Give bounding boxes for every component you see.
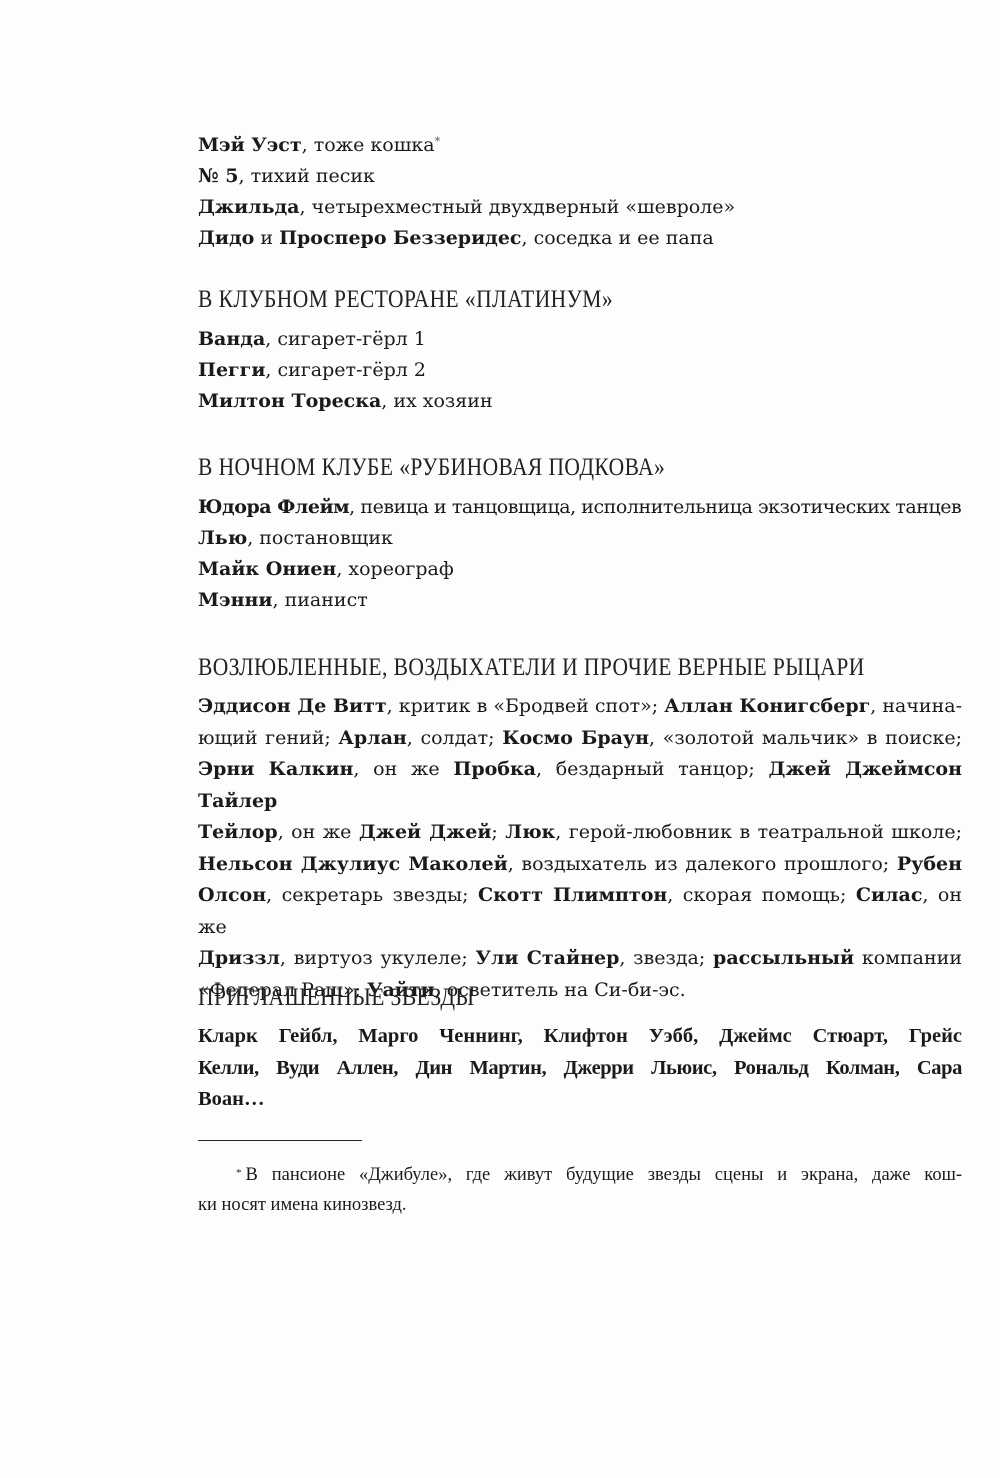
section-heading: В НОЧНОМ КЛУБЕ «РУБИНОВАЯ ПОДКОВА» xyxy=(198,453,855,483)
character-name: Эддисон Де Витт xyxy=(198,695,387,717)
character-desc: , соседка и ее папа xyxy=(521,227,713,249)
paragraph-line: Тейлор, он же Джей Джей; Люк, герой-любо… xyxy=(198,817,962,849)
character-name: Милтон Тореска xyxy=(198,390,381,412)
character-name: Майк Ониен xyxy=(198,558,336,580)
cast-entry: Мэй Уэст, тоже кошка* xyxy=(198,130,735,161)
section-platinum: В КЛУБНОМ РЕСТОРАНЕ «ПЛАТИНУМ» Ванда, си… xyxy=(198,285,962,417)
section-heading: ПРИГЛАШЕННЫЕ ЗВЕЗДЫ xyxy=(198,983,855,1013)
character-desc: , хореограф xyxy=(336,558,453,580)
character-desc: компании xyxy=(854,947,962,969)
character-name: Просперо Беззеридес xyxy=(279,227,521,249)
character-name: Тейлор xyxy=(198,821,278,843)
section-ruby-horseshoe: В НОЧНОМ КЛУБЕ «РУБИНОВАЯ ПОДКОВА» Юдора… xyxy=(198,453,962,616)
section-guest-stars: ПРИГЛАШЕННЫЕ ЗВЕЗДЫ Кларк Гейбл, Марго Ч… xyxy=(198,983,962,1116)
footnote: *В пансионе «Джибуле», где живут будущие… xyxy=(198,1160,962,1220)
cast-entry: Милтон Тореска, их хозяин xyxy=(198,386,962,417)
character-desc: , критик в «Бродвей спот»; xyxy=(387,695,665,717)
paragraph-line: Олсон, секретарь звезды; Скотт Плимптон,… xyxy=(198,880,962,943)
cast-entry: Джильда, четырехместный двухдверный «шев… xyxy=(198,192,735,223)
paragraph-line: ющий гений; Арлан, солдат; Космо Браун, … xyxy=(198,723,962,755)
character-name: Эрни Калкин xyxy=(198,758,353,780)
section-lovers-and-knights: ВОЗЛЮБЛЕННЫЕ, ВОЗДЫХАТЕЛИ И ПРОЧИЕ ВЕРНЫ… xyxy=(198,653,962,1006)
cast-entry: Ванда, сигарет-гёрл 1 xyxy=(198,324,962,355)
character-name: Лью xyxy=(198,527,247,549)
cast-entry: Майк Ониен, хореограф xyxy=(198,554,962,585)
character-name: Мэй Уэст xyxy=(198,134,302,156)
character-desc: , он же xyxy=(353,758,453,780)
cast-entry: Мэнни, пианист xyxy=(198,585,962,616)
character-desc: , постановщик xyxy=(247,527,393,549)
paragraph-line: Эддисон Де Витт, критик в «Бродвей спот»… xyxy=(198,691,962,723)
character-desc: , четырехместный двухдверный «шевроле» xyxy=(299,196,735,218)
character-desc: , «золотой мальчик» в поиске; xyxy=(649,727,962,749)
footnote-marker: * xyxy=(236,1167,242,1179)
character-name: Пробка xyxy=(453,758,536,780)
paragraph-line: Дриззл, виртуоз укулеле; Ули Стайнер, зв… xyxy=(198,943,962,975)
character-name: Аллан Конигсберг xyxy=(664,695,870,717)
character-desc: , начина- xyxy=(870,695,962,717)
character-desc: , звезда; xyxy=(619,947,713,969)
character-name: Олсон xyxy=(198,884,266,906)
section-heading: ВОЗЛЮБЛЕННЫЕ, ВОЗДЫХАТЕЛИ И ПРОЧИЕ ВЕРНЫ… xyxy=(198,653,855,683)
character-name: Ванда xyxy=(198,328,265,350)
guest-stars-line: Воан… xyxy=(198,1084,962,1116)
character-name: рассыльный xyxy=(713,947,854,969)
paragraph-line: Нельсон Джулиус Маколей, воздыхатель из … xyxy=(198,849,962,881)
intro-cast-list: Мэй Уэст, тоже кошка* № 5, тихий песик Д… xyxy=(198,130,735,254)
character-desc: ющий гений; xyxy=(198,727,338,749)
footnote-marker[interactable]: * xyxy=(435,135,441,148)
character-name: № 5 xyxy=(198,165,239,187)
character-name: Мэнни xyxy=(198,589,273,611)
footnote-text: В пансионе «Джибуле», где живут будущие … xyxy=(246,1165,963,1185)
character-name: Юдора Флейм xyxy=(198,496,349,518)
paragraph-line: Эрни Калкин, он же Пробка, бездарный тан… xyxy=(198,754,962,817)
character-desc: , бездарный танцор; xyxy=(536,758,769,780)
section-heading: В КЛУБНОМ РЕСТОРАНЕ «ПЛАТИНУМ» xyxy=(198,285,855,315)
character-name: Джей Джей xyxy=(359,821,492,843)
footnote-separator xyxy=(198,1140,362,1141)
character-desc: , скорая помощь; xyxy=(667,884,856,906)
footnote-line: *В пансионе «Джибуле», где живут будущие… xyxy=(198,1160,962,1190)
character-desc: , тихий песик xyxy=(239,165,375,187)
character-name: Джильда xyxy=(198,196,299,218)
character-name: Скотт Плимптон xyxy=(478,884,667,906)
character-desc: , сигарет-гёрл 1 xyxy=(265,328,426,350)
character-desc: , пианист xyxy=(273,589,368,611)
character-desc: , секретарь звезды; xyxy=(266,884,478,906)
footnote-line: ки носят имена кинозвезд. xyxy=(198,1190,962,1220)
character-name: Пегги xyxy=(198,359,265,381)
character-desc: ; xyxy=(491,821,505,843)
character-name: Арлан xyxy=(338,727,406,749)
character-desc: , сигарет-гёрл 2 xyxy=(265,359,426,381)
character-name: Рубен xyxy=(897,853,962,875)
character-name: Дриззл xyxy=(198,947,280,969)
cast-entry: Юдора Флейм, певица и танцовщица, исполн… xyxy=(198,492,962,523)
character-name: Космо Браун xyxy=(502,727,649,749)
character-desc: , певица и танцовщица, исполнительница э… xyxy=(349,496,961,518)
guest-stars-line: Кларк Гейбл, Марго Ченнинг, Клифтон Уэбб… xyxy=(198,1021,962,1053)
character-desc: , герой-любовник в театральной школе; xyxy=(555,821,962,843)
conjunction: и xyxy=(254,227,279,249)
character-name: Нельсон Джулиус Маколей xyxy=(198,853,508,875)
guest-stars-line: Келли, Вуди Аллен, Дин Мартин, Джерри Ль… xyxy=(198,1053,962,1085)
lovers-paragraph: Эддисон Де Витт, критик в «Бродвей спот»… xyxy=(198,691,962,1006)
character-desc: , он же xyxy=(278,821,359,843)
character-desc: , тоже кошка xyxy=(302,134,435,156)
cast-entry: № 5, тихий песик xyxy=(198,161,735,192)
character-name: Дидо xyxy=(198,227,254,249)
character-name: Силас xyxy=(856,884,923,906)
character-desc: , солдат; xyxy=(407,727,502,749)
cast-entry: Пегги, сигарет-гёрл 2 xyxy=(198,355,962,386)
cast-entry: Лью, постановщик xyxy=(198,523,962,554)
character-desc: , виртуоз укулеле; xyxy=(280,947,476,969)
cast-entry: Дидо и Просперо Беззеридес, соседка и ее… xyxy=(198,223,735,254)
character-desc: , воздыхатель из далекого прошлого; xyxy=(508,853,897,875)
character-desc: , их хозяин xyxy=(381,390,492,412)
character-name: Ули Стайнер xyxy=(476,947,620,969)
character-name: Люк xyxy=(505,821,555,843)
